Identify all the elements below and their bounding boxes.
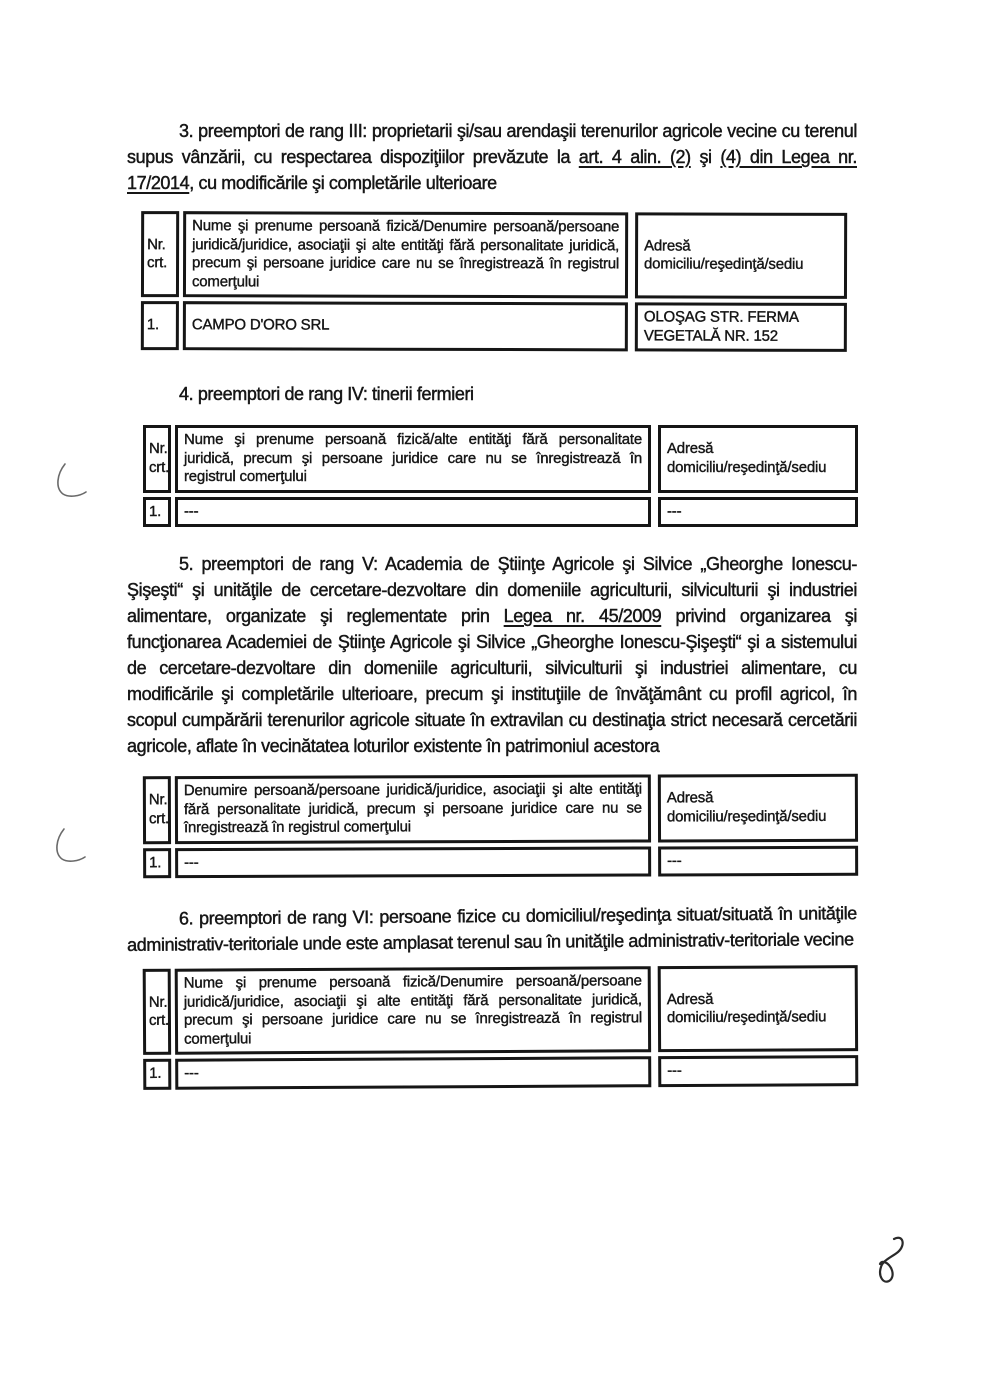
rank3-table: Nr. crt. Nume şi prenume persoană fizică… xyxy=(141,211,847,352)
rank5-header-address: Adresă domiciliu/reşedinţă/sediu xyxy=(658,774,858,842)
row-address-value: --- xyxy=(667,503,681,522)
row-name-value: --- xyxy=(184,1065,198,1084)
rank5-header-nr: Nr. crt. xyxy=(143,776,171,844)
law-reference-art4-alin2: art. 4 alin. (2) xyxy=(579,147,691,167)
header-address-label: Adresă domiciliu/reşedinţă/sediu xyxy=(644,237,838,275)
header-name-label: Nume şi prenume persoană fizică/Denumire… xyxy=(192,217,619,292)
rank6-table: Nr. crt. Nume şi prenume persoană fizică… xyxy=(143,965,859,1089)
heading-rank4: 4. preemptori de rang IV: tinerii fermie… xyxy=(127,381,857,407)
rank4-header-nr: Nr. crt. xyxy=(143,425,171,493)
header-nr-label: Nr. crt. xyxy=(147,236,173,273)
rank6-row1-name: --- xyxy=(175,1056,651,1089)
pen-curve-mark-icon xyxy=(50,460,96,508)
rank6-table-header-row: Nr. crt. Nume şi prenume persoană fizică… xyxy=(143,965,858,1055)
law-reference-legea-45-2009: Legea nr. 45/2009 xyxy=(504,606,662,626)
rank4-row1-name: --- xyxy=(175,497,651,528)
paragraph-rank5: 5. preemptori de rang V: Academia de Şti… xyxy=(127,551,857,759)
rank5-row1-address: --- xyxy=(658,845,858,876)
rank4-table: Nr. crt. Nume şi prenume persoană fizică… xyxy=(143,425,858,527)
rank4-header-name: Nume şi prenume persoană fizică/alte ent… xyxy=(175,425,651,493)
row-name-value: --- xyxy=(184,854,198,873)
rank3-table-header-row: Nr. crt. Nume şi prenume persoană fizică… xyxy=(141,211,847,299)
header-nr-label: Nr. crt. xyxy=(149,440,165,477)
rank6-row1-address: --- xyxy=(658,1055,858,1087)
rank5-table: Nr. crt. Denumire persoană/persoane juri… xyxy=(143,774,858,878)
rank6-table-row-1: 1. --- --- xyxy=(143,1055,858,1089)
rank4-table-header-row: Nr. crt. Nume şi prenume persoană fizică… xyxy=(143,425,858,493)
rank3-header-nr: Nr. crt. xyxy=(141,211,179,297)
rank5-table-row-1: 1. --- --- xyxy=(143,845,858,878)
row-nr-value: 1. xyxy=(149,503,161,522)
rank6-header-nr: Nr. crt. xyxy=(143,969,171,1055)
paragraph-rank3-text: , cu modificările şi completările ulteri… xyxy=(189,173,497,193)
row-nr-value: 1. xyxy=(149,1065,161,1084)
rank5-row1-nr: 1. xyxy=(143,848,171,879)
rank6-row1-nr: 1. xyxy=(143,1059,171,1090)
rank4-table-row-1: 1. --- --- xyxy=(143,497,858,528)
header-name-label: Nume şi prenume persoană fizică/Denumire… xyxy=(184,972,642,1048)
row-nr-value: 1. xyxy=(149,854,161,873)
paragraph-rank3-text: şi xyxy=(691,147,721,167)
header-address-label: Adresă domiciliu/reşedinţă/sediu xyxy=(667,789,849,827)
rank3-row1-nr: 1. xyxy=(141,301,179,350)
header-nr-label: Nr. crt. xyxy=(149,791,165,828)
rank6-header-name: Nume şi prenume persoană fizică/Denumire… xyxy=(175,966,651,1054)
rank4-row1-address: --- xyxy=(658,497,858,528)
row-nr-value: 1. xyxy=(147,316,159,335)
rank3-row1-address: OLOŞAG STR. FERMA VEGETALĂ NR. 152 xyxy=(635,302,847,352)
header-address-label: Adresă domiciliu/reşedinţă/sediu xyxy=(667,990,849,1028)
rank3-header-name: Nume şi prenume persoană fizică/Denumire… xyxy=(183,211,628,298)
header-address-label: Adresă domiciliu/reşedinţă/sediu xyxy=(667,440,849,477)
rank4-header-address: Adresă domiciliu/reşedinţă/sediu xyxy=(658,425,858,493)
rank6-header-address: Adresă domiciliu/reşedinţă/sediu xyxy=(658,965,858,1052)
scanned-document-page: 3. preemptori de rang III: proprietarii … xyxy=(0,0,981,1400)
row-address-value: OLOŞAG STR. FERMA VEGETALĂ NR. 152 xyxy=(644,308,838,346)
rank4-row1-nr: 1. xyxy=(143,497,171,528)
paragraph-rank5-text: privind organizarea şi funcţionarea Acad… xyxy=(127,606,857,756)
paragraph-rank3: 3. preemptori de rang III: proprietarii … xyxy=(127,0,857,196)
rank3-header-address: Adresă domiciliu/reşedinţă/sediu xyxy=(635,212,847,299)
row-address-value: --- xyxy=(667,852,681,871)
rank5-table-header-row: Nr. crt. Denumire persoană/persoane juri… xyxy=(143,774,858,844)
rank3-table-row-1: 1. CAMPO D'ORO SRL OLOŞAG STR. FERMA VEG… xyxy=(141,301,847,352)
paragraph-rank6: 6. preemptori de rang VI: persoane fizic… xyxy=(127,900,857,958)
paragraph-rank6-text: 6. preemptori de rang VI: persoane fizic… xyxy=(127,903,857,955)
header-name-label: Nume şi prenume persoană fizică/alte ent… xyxy=(184,431,642,487)
header-nr-label: Nr. crt. xyxy=(149,993,165,1030)
heading-rank4-text: 4. preemptori de rang IV: tinerii fermie… xyxy=(179,384,474,404)
row-address-value: --- xyxy=(667,1062,681,1081)
handwritten-page-number-mark xyxy=(870,1232,914,1294)
row-name-value: --- xyxy=(184,503,198,522)
header-name-label: Denumire persoană/persoane juridică/juri… xyxy=(184,781,642,838)
row-name-value: CAMPO D'ORO SRL xyxy=(192,316,329,335)
rank3-row1-name: CAMPO D'ORO SRL xyxy=(183,301,628,351)
rank5-row1-name: --- xyxy=(175,846,651,878)
rank5-header-name: Denumire persoană/persoane juridică/juri… xyxy=(175,774,651,843)
pen-curve-mark-icon xyxy=(50,826,96,874)
